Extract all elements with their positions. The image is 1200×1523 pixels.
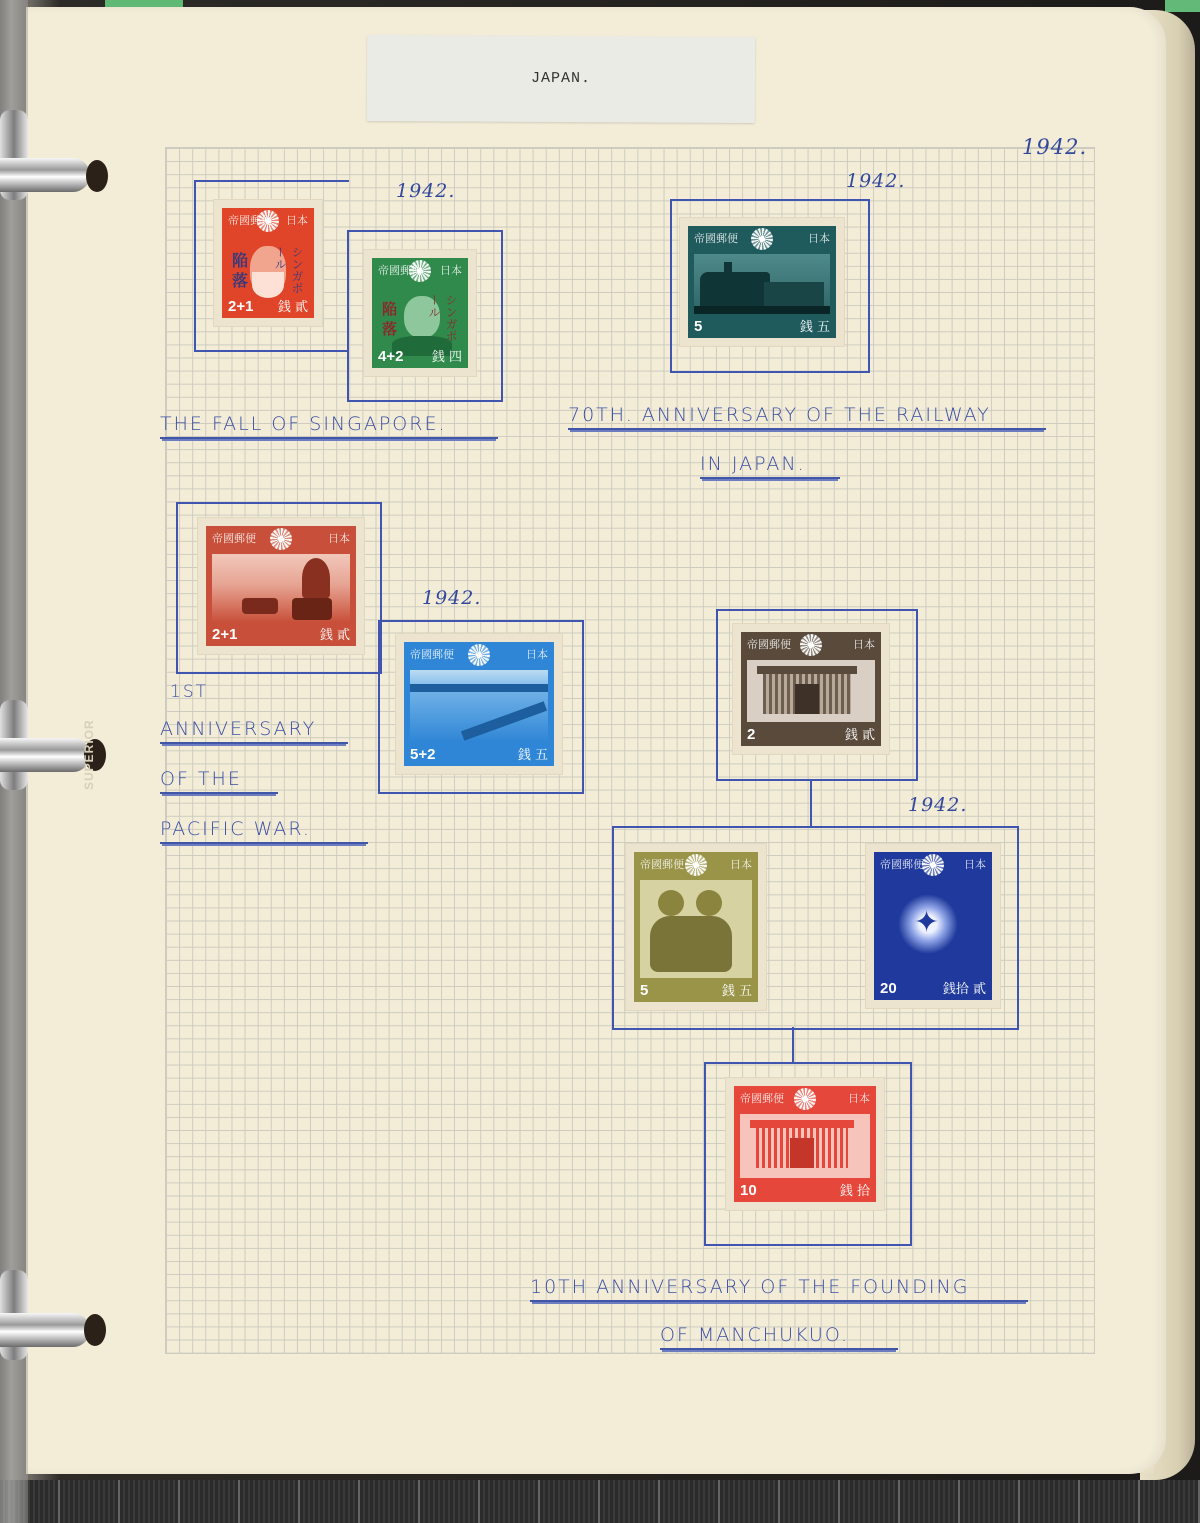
stamp-header-left: 帝國郵便 bbox=[212, 530, 256, 546]
stamp-script-value: 銭拾 貳 bbox=[943, 978, 986, 997]
stamp-header: 帝國郵便日本 bbox=[222, 212, 314, 228]
binder-ring-top bbox=[0, 158, 90, 192]
stamp-header-left: 帝國郵便 bbox=[880, 856, 924, 872]
table-surface bbox=[0, 1480, 1200, 1523]
stamp-header-right: 日本 bbox=[848, 1090, 870, 1106]
set-caption: OF MANCHUKUO. bbox=[660, 1324, 898, 1350]
stamp-header: 帝國郵便日本 bbox=[874, 856, 992, 872]
stamp-header-right: 日本 bbox=[964, 856, 986, 872]
stamp-header-left: 帝國郵便 bbox=[228, 212, 272, 228]
set-year: 1942. bbox=[846, 170, 905, 192]
set-caption: ANNIVERSARY bbox=[160, 718, 348, 744]
stamp[interactable]: 5 銭 五 帝國郵便日本 bbox=[680, 218, 844, 346]
set-caption: 10TH ANNIVERSARY OF THE FOUNDING bbox=[530, 1276, 1028, 1302]
stamp-face: 2+1 銭 貳 帝國郵便日本 bbox=[206, 526, 356, 646]
binder-ring-bottom bbox=[0, 1313, 90, 1347]
stamp[interactable]: 10 銭 拾 帝國郵便日本 bbox=[726, 1078, 884, 1210]
binder-ring-middle bbox=[0, 738, 90, 772]
boys-illustration bbox=[640, 880, 752, 978]
portrait-illustration: 陥落 シンガポール bbox=[378, 292, 462, 344]
stamp-value: 2+1 bbox=[228, 298, 253, 315]
stamp-value: 2 bbox=[747, 726, 755, 743]
country-label-text: JAPAN. bbox=[367, 69, 755, 88]
stamp-header-left: 帝國郵便 bbox=[694, 230, 738, 246]
set-caption: 1ST bbox=[170, 682, 208, 702]
stamp-header: 帝國郵便日本 bbox=[404, 646, 554, 662]
stamp-header-right: 日本 bbox=[853, 636, 875, 652]
stamp-face: 陥落 シンガポール 2+1 銭 貳 帝國郵便日本 bbox=[222, 208, 314, 318]
harbour-illustration bbox=[410, 670, 548, 742]
watermark: SUPERIOR bbox=[82, 719, 96, 790]
portrait-illustration: 陥落 シンガポール bbox=[228, 242, 308, 294]
stamp-header: 帝國郵便日本 bbox=[372, 262, 468, 278]
country-label: JAPAN. bbox=[367, 35, 755, 123]
stamp-face: 10 銭 拾 帝國郵便日本 bbox=[734, 1086, 876, 1202]
shrine-illustration bbox=[740, 1114, 870, 1178]
stamp-value: 20 bbox=[880, 980, 897, 997]
stamp-face: 5 銭 五 帝國郵便日本 bbox=[634, 852, 758, 1002]
stamp-script-value: 銭 貳 bbox=[278, 296, 308, 315]
stamp-face: 5+2 銭 五 帝國郵便日本 bbox=[404, 642, 554, 766]
overprint: シンガポール bbox=[426, 294, 460, 344]
stamp[interactable]: 2 銭 貳 帝國郵便日本 bbox=[733, 624, 889, 754]
stamp-value: 4+2 bbox=[378, 348, 403, 365]
set-caption: PACIFIC WAR. bbox=[160, 818, 368, 844]
stamp-header: 帝國郵便日本 bbox=[688, 230, 836, 246]
stamp-header-left: 帝國郵便 bbox=[747, 636, 791, 652]
set-caption: 70TH. ANNIVERSARY OF THE RAILWAY bbox=[568, 404, 1046, 430]
set-year: 1942. bbox=[908, 794, 967, 816]
stamp-header: 帝國郵便日本 bbox=[734, 1090, 876, 1106]
stamp-script-value: 銭 拾 bbox=[840, 1180, 870, 1199]
stamp-value: 10 bbox=[740, 1182, 757, 1199]
stamp-header-left: 帝國郵便 bbox=[740, 1090, 784, 1106]
stamp-value: 5+2 bbox=[410, 746, 435, 763]
connector-line bbox=[810, 779, 812, 827]
page-year: 1942. bbox=[1022, 135, 1087, 159]
stamp-header-right: 日本 bbox=[286, 212, 308, 228]
green-tab bbox=[1165, 0, 1200, 12]
stamp-header-left: 帝國郵便 bbox=[640, 856, 684, 872]
overprint: 陥落 bbox=[382, 300, 397, 340]
stamp-face: ✦ 20 銭拾 貳 帝國郵便日本 bbox=[874, 852, 992, 1000]
star-icon: ✦ bbox=[914, 908, 939, 938]
set-caption: THE FALL OF SINGAPORE. bbox=[160, 413, 498, 439]
set-caption: IN JAPAN. bbox=[700, 453, 840, 479]
stamp[interactable]: 2+1 銭 貳 帝國郵便日本 bbox=[198, 518, 364, 654]
set-year: 1942. bbox=[422, 587, 481, 609]
tanks-illustration bbox=[212, 554, 350, 622]
stamp[interactable]: 5+2 銭 五 帝國郵便日本 bbox=[396, 634, 562, 774]
stamp-header-left: 帝國郵便 bbox=[410, 646, 454, 662]
set-year: 1942. bbox=[396, 180, 455, 202]
stamp[interactable]: 陥落 シンガポール 2+1 銭 貳 帝國郵便日本 bbox=[214, 200, 322, 326]
stamp[interactable]: 5 銭 五 帝國郵便日本 bbox=[626, 844, 766, 1010]
punch-hole bbox=[86, 160, 108, 192]
overprint: 陥落 bbox=[232, 252, 248, 292]
stamp-face: 陥落 シンガポール 4+2 銭 四 帝國郵便日本 bbox=[372, 258, 468, 368]
stamp-script-value: 銭 貳 bbox=[320, 624, 350, 643]
stamp-header-left: 帝國郵便 bbox=[378, 262, 422, 278]
connector-line bbox=[792, 1027, 794, 1064]
locomotive-illustration bbox=[694, 254, 830, 314]
stamp-script-value: 銭 四 bbox=[432, 346, 462, 365]
stamp-header-right: 日本 bbox=[526, 646, 548, 662]
stamp-header-right: 日本 bbox=[730, 856, 752, 872]
stamp-script-value: 銭 五 bbox=[722, 980, 752, 999]
stamp-value: 5 bbox=[694, 318, 702, 335]
stamp[interactable]: 陥落 シンガポール 4+2 銭 四 帝國郵便日本 bbox=[364, 250, 476, 376]
star-emblem-illustration: ✦ bbox=[880, 880, 986, 976]
punch-hole bbox=[84, 1314, 106, 1346]
overprint: シンガポール bbox=[272, 246, 306, 294]
stamp-header-right: 日本 bbox=[440, 262, 462, 278]
stamp-face: 5 銭 五 帝國郵便日本 bbox=[688, 226, 836, 338]
shrine-illustration bbox=[747, 660, 875, 722]
stamp-header: 帝國郵便日本 bbox=[741, 636, 881, 652]
stamp-script-value: 銭 貳 bbox=[845, 724, 875, 743]
set-caption: OF THE bbox=[160, 768, 278, 794]
stamp-header: 帝國郵便日本 bbox=[206, 530, 356, 546]
stamp-script-value: 銭 五 bbox=[800, 316, 830, 335]
stamp-script-value: 銭 五 bbox=[518, 744, 548, 763]
stamp-header: 帝國郵便日本 bbox=[634, 856, 758, 872]
stamp-face: 2 銭 貳 帝國郵便日本 bbox=[741, 632, 881, 746]
stamp-header-right: 日本 bbox=[808, 230, 830, 246]
stamp-value: 2+1 bbox=[212, 626, 237, 643]
stamp[interactable]: ✦ 20 銭拾 貳 帝國郵便日本 bbox=[866, 844, 1000, 1008]
stamp-header-right: 日本 bbox=[328, 530, 350, 546]
stamp-value: 5 bbox=[640, 982, 648, 999]
